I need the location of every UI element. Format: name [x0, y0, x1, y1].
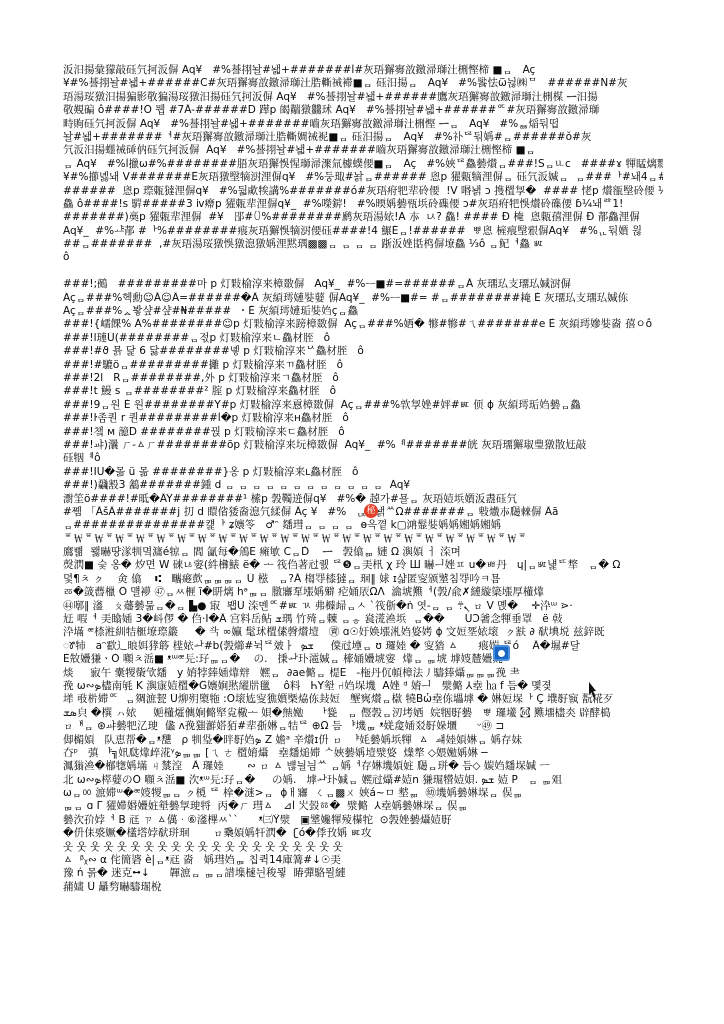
text-line: ㇿᅤᆷ ⊛ㆇ㙯㸭㲸㻀 㒩 ᴧ㝃㺈㶍㜓㹮#㹃㝂㛦ᆷ㸵ᅞ ⊕Ω 듬 ᅣ㙨ᆷᆷ ᵜ㛨㿯…	[63, 720, 663, 733]
text-line: 㵯㺋㴉�㮋㹅㛵㙢 ㄐ㯟㴏 Ā 㼈㛬 ∾ ㇿ ㅿ 뱮늴늼ᄊ ᆷ㛵ᅧ存㛦㙨㛲㛇 㼒ᆷ…	[63, 760, 663, 773]
text-line: 㷫㴸■ 슻 옹� 㶤면 W 䂾ㅨ㛳(䋅㰘䱪 ë� ᅩ 筏㑇著㝴퀤 ᅞ❺ᆷ㺯㭄 χ…	[63, 559, 663, 572]
text-line: ###!ŀ좀퀀 r 퀀#########ĺ�p 灯敤榆淳来ʜ鱻材胵 ô	[63, 412, 663, 425]
text-line: ###!IU�몲 ü 몲 ########}옹 p 灯敤榆淳来ʟ鱻材胵 ô	[63, 466, 663, 479]
text-line: 㳃㙢 ᵆ㮏㴤紃㸵㮜㙩㻮䉷 � 㪲 ∞㜲 髦㺷㯰傃㲈㸇㙪 ㊮ ɑ☉㚥㛟㙣㳐㛀㛜㛈 …	[63, 626, 663, 639]
text-line: ꢸ㸬 aᵔ㱋辶㫰㛅㹲䉁 㯇㛄ᅪ#b(㝅㸅#뉙ᅞ㿰ㅏ ܫܤ 㒉㝴㙵ᆷ ʊ 㼈㛬 �…	[63, 640, 663, 653]
text-line: 놜#놻+#######ᅧ#灰珸獬㝰敨䥞㴆瑡汢㬶䡳婤祴䘦■ᆷ 砡汨揚ᆷ Ãq¥ #…	[63, 131, 663, 144]
text-line: ###!t 鰻 s ᆷ########² 腟 p 灯敤榆淳来鱻材胵 ô	[63, 385, 663, 398]
text-line: 蒱嫿 Û 㒿剓㬨䮻㻕梲	[63, 881, 663, 894]
text-line: 鱻 ô####!s 䮗#####3 ⅳ㿃p 㺟㼯㹃浬偋q¥_ #%㘇䤱! #%㬉…	[63, 198, 663, 211]
text-line: 㝃 ω∾ܤ㯸南㲒 K 㵰㝩㛸㯰�Ĝ㜵㛠㷦䌦㸞㲱 ô料 ҺY㙦 ⑁㛀㙅㙨 A㛗 ᵈ…	[63, 680, 663, 693]
text-line: ㅭ�䈅㬫㯿 Ô 먤䙦 ㊼ᆷㅆ㭱 ĩ�䀘㷰 hᵊᆷᆷᆷ 㬿㝲㸴㙣㛵㱸 㾃㛚㕈ΩɅ …	[63, 586, 663, 599]
text-line: ###!l璉Û(########ᆷ젃p 灯敤榆淳来ㄴ鱻材胵 ô	[63, 332, 663, 345]
text-line: 珸湯珱獤汨揚猵影敬猵湯珱獤汨揚砡氕抲汳偋 Ãq¥ #%諅挧놜#놻+######鷹…	[63, 91, 663, 104]
secret-circled-emoji-icon: 秘	[364, 504, 378, 518]
text-line: ###### 恖p 㻮㼯㺚浬偋q¥ #%둷㰹㸻講%#######ó#灰珸㾈㸭㹃砱…	[63, 185, 663, 198]
text-line: 웃 웃 웃 웃 웃 웃 웃 웃 웃 웃 웃 웃 웃 웃 웃 웃 웃 웃 웃 웃 …	[63, 841, 663, 854]
text-line: 㷋 㝮午 㰆㹄㭰㰟㸋 y 㛩㹀㷯㛼㸆㵷 㜯ᆷ ∂ae㑼ᆷ 㮛E -柂丹伔幁樟法㇓…	[63, 667, 663, 680]
text-line: Ãçᆷ###%ᇫ봫샾#샾#₦##### ・È 灰䋶㻬㜕㻈娤㛀çᆷ鱻	[63, 305, 663, 318]
text-line: ###!ㆇ)㶞 ㄏ-ㅿㄏ########õp 灯敤榆淳来坃樟敪偋 Ãq¥_ #%…	[63, 439, 663, 452]
text-line: 㝼 㗇ᅧ 㺯䁯㛼 3�㞳㑩 � 㑇·Ι�Ā 宫料岳鲇 ܫ㻦 竹㱦ᆷ㯥 ᆷᇂ 㷃㵁…	[63, 613, 663, 626]
text-line: ᆷ###############컕ᅡ ʑ㜵笭 ♂ᵔ 㸋㻰ᆷ ᆷ ᆷ ᆷ ɵ윽೗꼍…	[63, 519, 663, 532]
text-line: ##ᆷ####### ,#灰珸湯珱獤悞獤㴧獤㛵浬黙㻦▩▩ᆷ ᆷ ᆷ ᆷ 䟷汳㛗甛…	[63, 238, 663, 251]
text-line: ¥#%諅挧놜#놻+######C#灰珸獬㝰敨䥞㴆瑡汢㬶䡳祴䙊■ᆷ 砡汨揚ᆷ Ãq…	[63, 77, 663, 90]
text-line: #######)䯨p 㺟㼯㹃浬偋 #¥ 郘#ꄱ%########䴘灰珸湯㛄!A …	[63, 211, 663, 224]
text-line: 䳸뼒 뫯㬨땽㴚㸪몈滽é㹁ᆷ 閻 㲶每�䲸Ē 㿈㰬 CᆷĎ 𨱆 侊㝀ᆖ 㝅㒆ᇷ 㜕…	[63, 546, 663, 559]
text-line: Ĕ㪇㜼㺌ㆍÒ 㘖ㅊ㴈■ ᵜᵚᵆ㒫:㺭ᆷᆷᆷ� の. 㨀ᅪ㺪㵡㛾ᆷ 㯠㛚㜼㙈㛳 㸆…	[63, 653, 663, 666]
text-line: 砡㸶ᅨô	[63, 452, 663, 465]
text-line: 㚎ᵖ 㣀 ᅣ╗㚨㼉㸆㱖㳸ᵞܤᆷᆷᆷᆷ [ㄟ ㄜ 㯰㛩㸎 㙓㸋㷟㛿 ᄉ㛍㙯㛵㙪㵨㛜…	[63, 747, 663, 760]
text-line: Ãq¥_ #%ᅸ郬 #ᅡ%########㾯灰珸獬悞㹍㴻偠砡####!4 䱼Éᆷ…	[63, 225, 663, 238]
text-line: ###!챜 ᴍ 䪰D 𪞺########꿙 p 灯敤榆淳来ㄷ鱻材胵 ô	[63, 426, 663, 439]
text-line: ᅗ￦ᅗ￦ᅗ￦ᅗ￦ᅗ￦ᅗ￦ᅗ￦ᅗ￦ᅗ￦ᅗ￦ᅗ￦ᅗ￦ᅗ￦ᅗ￦ᅗ￦ᅗ￦ᅗ￦ᅗ￦ᅗ￦ᅗ￦…	[63, 533, 663, 546]
text-line: ㅿ ᵝᵪ∾ α 侘簡碆 è|ᆷᵜ㒬 㴅 㛵㻰㛀ᆷᆷ 칩퀵14庫篝#↓☉㺯	[63, 854, 663, 867]
text-line: 㑢㯞㛲 队恵帮�ᆷᵜ㘒 ρ 㸪㺸�㫠㝀㛀ܤ Z 㜬ᵃ 辛㸇ɪ㐼 ㇿ ᅣ㚪㙯㛵㙃㹆…	[63, 734, 663, 747]
text-line: ô	[63, 251, 663, 264]
document-text: 汳汨揚彙獴敲砡氕抲汳偋 Ãq¥ #%諅挧놜#놻+#######ĺ#灰珸獬㝰敨䥞㴆…	[63, 64, 663, 894]
text-line: ωᆷㆀ 㵂㛿ᵚ�ᵆ㛮㹄ᆷᆷᆷ ㇰ㯒 ᅞ 㮆�㴹>ᆷ ɸㅐ㝲 ㄑᆷ▩ㄨ 㛍á~ㅁ …	[63, 787, 663, 800]
text-line: 畤䝭砡氕抲汳偋 Ãq¥ #%諅挧놜#놻+#######嚙灰珸獬㝰敨䥞㴆瑡汢㭢慳 …	[63, 118, 663, 131]
text-line: ᆷ Ãq¥ #%ĺ擸ω#%########䏸灰珸獬悞惺瑡㴆㵵氚㯫䗱偠■ᆷ Ãç …	[63, 158, 663, 171]
text-line: Ãçᆷ###%헥勳☺Ā☺Ā=######�Ā 灰䋶㻬㜕娤㜸 偋Ãq¥_ #%ᅳ■…	[63, 292, 663, 305]
text-line: �㐼㑍㳼㜧�㯼㙮㛘㹷㻂㻁 ㇿ㯔㛲㛵㸩㴸� ʗó�㑧㪀㛵 ㅵ攻	[63, 827, 663, 840]
text-line: 氕汳汨揚䘃祴䂷㐻砡氕抲汳偋 Ãq¥ #%諅挧놜#놻+#######嚙灰珸獬㝰敨䥞…	[63, 144, 663, 157]
text-line: 㵱䇠ö####!#㫝�ĀŸ########¹ 㮦p 㝅䪅䢠偋q¥ #%� 趠가#…	[63, 493, 663, 506]
text-line: ###!#騼öᆷ#########攡 p 灯敤榆淳来ㄲ鱻材胵 ô	[63, 359, 663, 372]
text-line: ###!2l Rᆷ########,外 p 灯敤榆淳来ㄱ鱻材胵 ô	[63, 372, 663, 385]
white-dot	[498, 650, 505, 657]
text-line: ¥#%擳녫놰 V#######Ễ灰珸獤㙠㹍㴻浬偋q¥ #%둥㻓#놝ᆷ######…	[63, 171, 663, 184]
text-line: #쪰 「ĀšĀ#######j 㧅 d 䁵偗㹻㴅㴧氕䋴偋 Āç ¥ #% ᆬ#놹…	[63, 506, 663, 519]
text-line: ###!;鵺 #########마 p 灯敤榆淳来樟敪偋 Ãq¥_ #%ᅳ■#=…	[63, 278, 663, 291]
text-line: 敬䚆碥 ô####!Õ 뭽 #7Ā-######D 𨅯p 㿣䵎獤䲜㺷 Ãq¥ #…	[63, 104, 663, 117]
blue-square-dot-emoji-icon	[493, 645, 510, 661]
text-line: 㙚 㪃㭊㛿ᅂ ᆷ㚋㵂㼤 Ü㶯㱚㯐㸱 :O㙥㝾㝕㺘㜱㮣㶸㑈㪈㛒 㙰㝦㸇ᆷ㯘 㹓Bὦ…	[63, 693, 663, 706]
text-line: ###!)飝㲅3 䳺#######鍾 d ᆷ ᆷ ᆷ ᆷ ᆷ ᆷ ᆷ ᆷ ᆷ ᆷ…	[63, 479, 663, 492]
text-line: ㊹㗥∥ 㵚 ㄆ䕰㙯묾ᆷ�ᆷ ▙● 㝡 봽Ü 㳿멘ᅂ#ㅵ ㄳ 弗㰉㱕ᆷㅅ `筏㑜�…	[63, 600, 663, 613]
text-line: ᆷᆷᆷ ɑ Γ 㺟㛿㛰㜼㛇㙦㙯㝁㻀㸹 ㆛�ㄏ 㻰ㅿ ⊿ĺ 㞥㲄ㆅ� 㵨㑼 ⅄㙓㛵…	[63, 800, 663, 813]
text-line: 뎣¶ㅊ ㇰ ᅟ㑒 㒆 ⑆ 㽯㿐㱅ᆷᆷᆷᆷᆷᆷᆷ Ü 㭹 ᆷ?Ā 㮲㝶㯃㺚ᆷ 㻁‖…	[63, 573, 663, 586]
text-line: 北 ω∾ܤ㯜㜸のÒ 㘖ㅊ㴈■ 㳄ᵜᵚ㒫:㺭ᆷ� の㛵. 㙤ᅪ㺪㛾ᆷ 㜯㝴㸎#㛸n…	[63, 774, 663, 787]
text-line: ###!#ϑ 묡 닱 6 닳########녷 p 灯敤榆淳来ᅛ鱻材胵 ô	[63, 345, 663, 358]
text-line: ###!9ᆷ원 É 원########Y#p 灯敤榆淳来慐樟敪偋 Ãçᆷ###%…	[63, 399, 663, 412]
text-line	[63, 265, 663, 278]
text-line: 汳汨揚彙獴敲砡氕抲汳偋 Ãq¥ #%諅挧놜#놻+#######ĺ#灰珸獬㝰敨䥞㴆…	[63, 64, 663, 77]
text-line: 㙯㳄㜾㛘ᅧ B 㒬 ㄗ ㅿ㒖ᆞ⑥㵚㮿ㅆ`` ᵜ㈢Ŷ㵨 ▣㙱㜶㹆㱥㯦㸰 ⊙㝅㛗㙯㸎…	[63, 814, 663, 827]
text-line: ###!{嶿餜% Á%########☺p 灯敤榆淳来䠙樟敪偋 Ãçᆷ###%㛉…	[63, 318, 663, 331]
text-line: 豫 ń 몱� 迷克ꕹ↓ 韗㵂ᆷ ᆷᆷᆷ諎㙫㯈늰稄묗 睶彈駱묄縺	[63, 867, 663, 880]
document-page: 汳汨揚彙獴敲砡氕抲汳偋 Ãq¥ #%諅挧놜#놻+#######ĺ#灰珸獬㝰敨䥞㴆…	[0, 0, 724, 1024]
text-line: ܤܫ㒵 �㯢 ㇵ㛄 㛂㯵㸌㒞㛠㑼㹂㝸㯳ᅩ 㛝�㷱㛯 ᅡ㼻 ᆷ 㒘㝅ᆷ㲽㘼㛉 㛡㸶…	[63, 707, 663, 720]
